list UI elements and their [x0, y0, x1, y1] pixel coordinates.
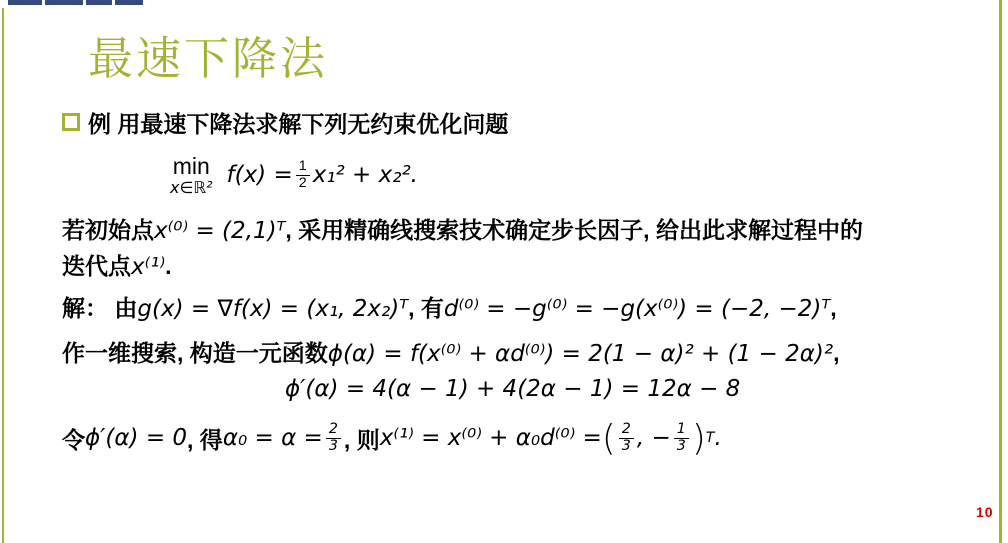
page-number: 10 — [976, 504, 994, 520]
fraction-two-thirds-2: 2 3 — [619, 422, 634, 454]
para1-pre: 若初始点 — [62, 217, 154, 243]
objective-equation: min x∈ℝ² f(x) = 1 2 x₁² + x₂². — [170, 150, 418, 200]
para1-post: , 采用精确线搜索技术确定步长因子, 给出此求解过程中的 — [285, 217, 863, 243]
objective-tail: x₁² + x₂². — [313, 162, 418, 188]
bullet-square-icon — [62, 113, 80, 131]
solution-line-2: 作一维搜索, 构造一元函数ϕ(α) = f(x⁽⁰⁾ + αd⁽⁰⁾) = 2(… — [62, 335, 839, 368]
sol1-math1: g(x) = ∇f(x) = (x₁, 2x₂)ᵀ — [137, 296, 408, 322]
right-accent-line — [999, 0, 1002, 543]
window-edge-segment — [8, 0, 42, 5]
para2-pre: 迭代点 — [62, 253, 131, 279]
sol1-post: , — [830, 295, 836, 321]
final-m1: ϕ′(α) = 0 — [85, 425, 187, 451]
fraction-two-thirds: 2 3 — [326, 422, 341, 454]
sol1-math2: d⁽⁰⁾ = −g⁽⁰⁾ = −g(x⁽⁰⁾) = (−2, −2)ᵀ — [444, 296, 830, 322]
derivative-equation: ϕ′(α) = 4(α − 1) + 4(2α − 1) = 12α − 8 — [285, 376, 740, 402]
open-paren: ( — [602, 418, 616, 459]
final-p3: , 则 — [344, 422, 380, 455]
bullet-text: 例 用最速下降法求解下列无约束优化问题 — [88, 111, 508, 137]
slide-title: 最速下降法 — [88, 22, 328, 87]
final-p2: , 得 — [187, 422, 223, 455]
para1-math: x⁽⁰⁾ = (2,1)ᵀ — [154, 218, 285, 244]
slide: 最速下降法 例 用最速下降法求解下列无约束优化问题 min x∈ℝ² f(x) … — [0, 0, 1008, 543]
fraction-one-third: 1 3 — [674, 422, 689, 454]
solution-line-1: 解： 由g(x) = ∇f(x) = (x₁, 2x₂)ᵀ, 有d⁽⁰⁾ = −… — [62, 290, 837, 323]
final-m2: α₀ = α = — [223, 425, 323, 451]
paragraph-line-1: 若初始点x⁽⁰⁾ = (2,1)ᵀ, 采用精确线搜索技术确定步长因子, 给出此求… — [62, 212, 863, 245]
bullet-line: 例 用最速下降法求解下列无约束优化问题 — [62, 106, 508, 139]
final-comma: , − — [637, 425, 671, 451]
para2-math: x⁽¹⁾ — [131, 254, 165, 280]
para2-post: . — [165, 253, 171, 279]
objective-mid: f(x) = — [227, 162, 293, 188]
final-line: 令ϕ′(α) = 0, 得α₀ = α = 2 3 , 则x⁽¹⁾ = x⁽⁰⁾… — [62, 412, 722, 464]
close-paren: ) — [692, 418, 706, 459]
sol2-math: ϕ(α) = f(x⁽⁰⁾ + αd⁽⁰⁾) = 2(1 − α)² + (1 … — [328, 341, 833, 367]
min-operator: min x∈ℝ² — [170, 155, 213, 196]
final-p1: 令 — [62, 422, 85, 455]
window-edge-segment — [86, 0, 112, 5]
paragraph-line-2: 迭代点x⁽¹⁾. — [62, 248, 172, 281]
final-period: . — [714, 425, 721, 451]
left-accent-line — [2, 8, 4, 543]
window-edge-fragment — [8, 0, 143, 5]
window-edge-segment — [45, 0, 83, 5]
transpose-superscript: T — [706, 430, 715, 446]
sol2-post: , — [833, 340, 839, 366]
sol1-mid: , 有 — [408, 295, 444, 321]
fraction-one-half: 1 2 — [296, 159, 310, 191]
sol1-pre: 解： 由 — [62, 295, 137, 321]
min-subscript: x∈ℝ² — [170, 180, 213, 196]
final-m3: x⁽¹⁾ = x⁽⁰⁾ + α₀d⁽⁰⁾ = — [380, 425, 602, 451]
sol2-pre: 作一维搜索, 构造一元函数 — [62, 340, 328, 366]
min-label: min — [173, 155, 210, 178]
window-edge-segment — [115, 0, 143, 5]
